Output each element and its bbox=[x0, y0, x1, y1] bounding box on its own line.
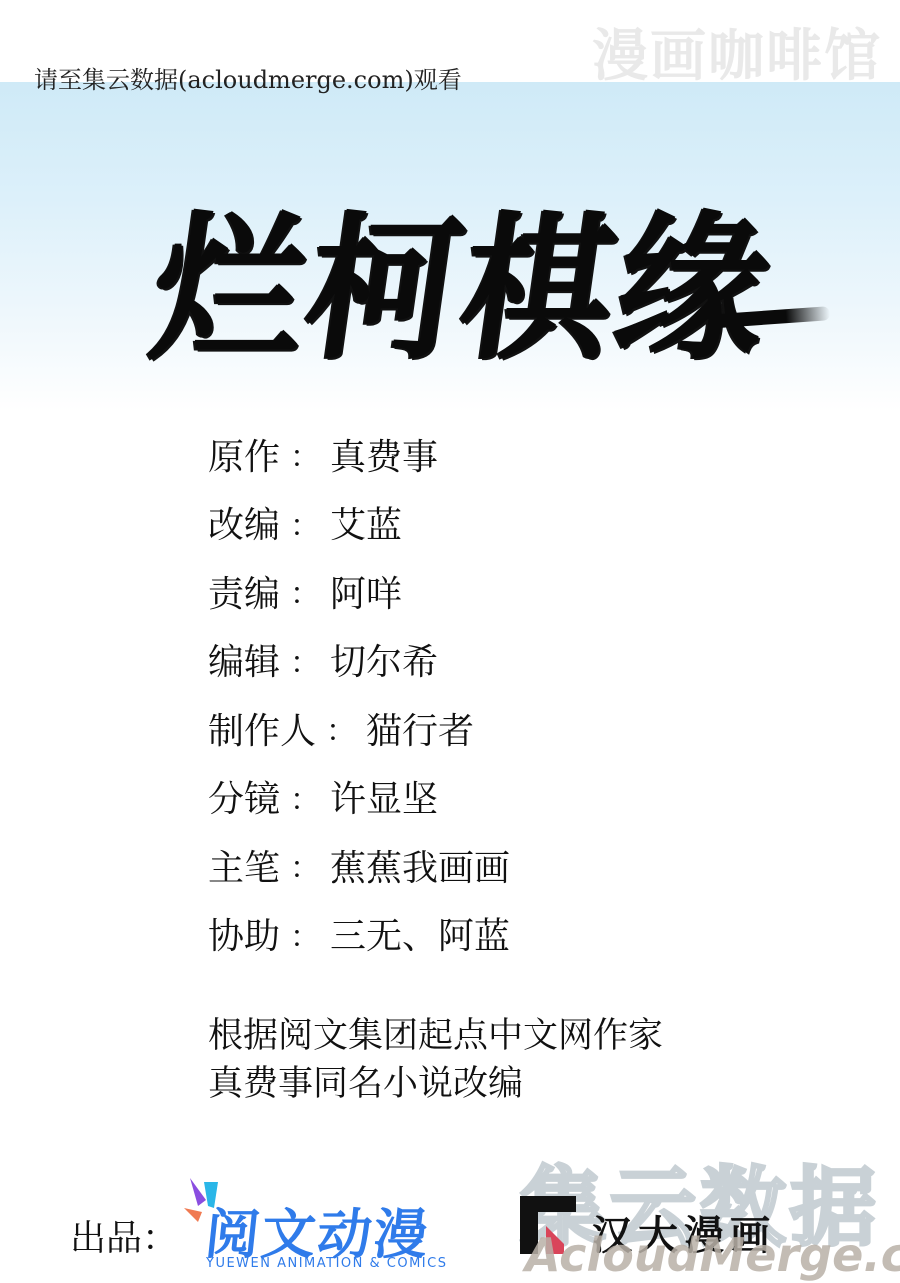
credit-name: 阿咩 bbox=[330, 566, 402, 617]
credit-name: 艾蓝 bbox=[330, 497, 402, 548]
credit-separator: ： bbox=[326, 706, 356, 750]
credit-name: 许显坚 bbox=[330, 771, 438, 822]
credit-name: 真费事 bbox=[330, 429, 438, 480]
watermark-top-right: 漫画咖啡馆 bbox=[592, 12, 882, 92]
credit-row-producer: 制作人：猫行者 bbox=[208, 694, 510, 763]
credit-row-adaptation: 改编：艾蓝 bbox=[208, 489, 510, 558]
watermark-bottom-en: AcloudMerge.com bbox=[525, 1228, 900, 1282]
credit-separator: ： bbox=[290, 501, 320, 545]
credit-role: 制作人 bbox=[208, 703, 316, 754]
yuewen-logo-subtitle: YUEWEN ANIMATION & COMICS bbox=[206, 1256, 447, 1271]
credit-row-lead-artist: 主笔：蕉蕉我画画 bbox=[208, 831, 510, 900]
credit-role: 责编 bbox=[208, 566, 280, 617]
credit-row-editor: 编辑：切尔希 bbox=[208, 626, 510, 695]
credit-name: 蕉蕉我画画 bbox=[330, 840, 510, 891]
credit-row-assistants: 协助：三无、阿蓝 bbox=[208, 900, 510, 969]
credit-role: 分镜 bbox=[208, 771, 280, 822]
credit-separator: ： bbox=[290, 775, 320, 819]
credit-separator: ： bbox=[290, 638, 320, 682]
credit-role: 编辑 bbox=[208, 634, 280, 685]
source-note: 根据阅文集团起点中文网作家 真费事同名小说改编 bbox=[208, 1012, 663, 1108]
credit-role: 改编 bbox=[208, 497, 280, 548]
credit-name: 猫行者 bbox=[366, 703, 474, 754]
credit-role: 主笔 bbox=[208, 840, 280, 891]
credit-separator: ： bbox=[290, 843, 320, 887]
credits-list: 原作：真费事 改编：艾蓝 责编：阿咩 编辑：切尔希 制作人：猫行者 分镜：许显坚… bbox=[208, 420, 510, 968]
comic-title: 烂柯棋缘 bbox=[100, 170, 830, 380]
source-note-line-2: 真费事同名小说改编 bbox=[208, 1060, 663, 1108]
yuewen-logo: 阅文动漫 YUEWEN ANIMATION & COMICS bbox=[184, 1178, 464, 1278]
credit-separator: ： bbox=[290, 912, 320, 956]
credit-separator: ： bbox=[290, 432, 320, 476]
credit-row-storyboard: 分镜：许显坚 bbox=[208, 763, 510, 832]
credit-role: 协助 bbox=[208, 908, 280, 959]
credit-role: 原作 bbox=[208, 429, 280, 480]
source-note-line-1: 根据阅文集团起点中文网作家 bbox=[208, 1012, 663, 1060]
credit-name: 三无、阿蓝 bbox=[330, 908, 510, 959]
site-notice: 请至集云数据(acloudmerge.com)观看 bbox=[34, 60, 462, 95]
credit-row-responsible-editor: 责编：阿咩 bbox=[208, 557, 510, 626]
producer-label: 出品： bbox=[70, 1210, 178, 1261]
credit-row-original-author: 原作：真费事 bbox=[208, 420, 510, 489]
credit-separator: ： bbox=[290, 569, 320, 613]
credit-name: 切尔希 bbox=[330, 634, 438, 685]
title-calligraphy: 烂柯棋缘 bbox=[141, 162, 789, 389]
